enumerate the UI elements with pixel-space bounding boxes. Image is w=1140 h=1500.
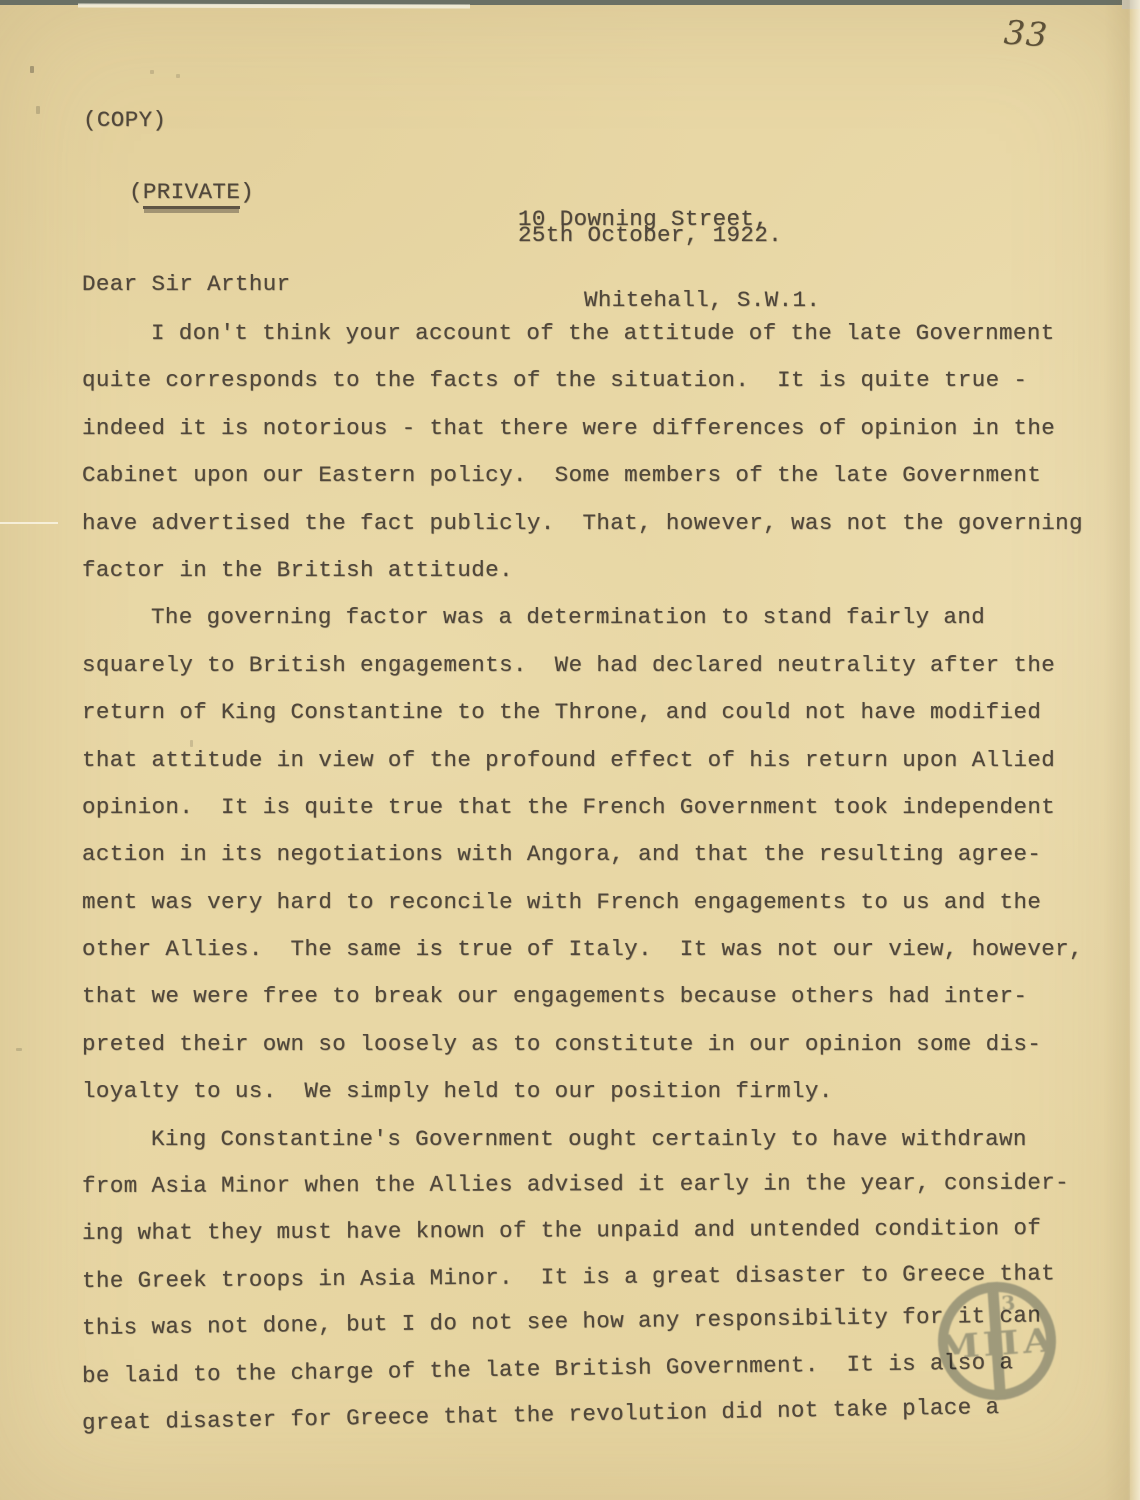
ink-speck	[30, 66, 34, 73]
letter-line: King Constantine's Government ought cert…	[82, 1116, 1128, 1163]
copy-label: (COPY)	[83, 107, 166, 133]
letter-line: opinion. It is quite true that the Frenc…	[82, 784, 1128, 831]
letter-line: Cabinet upon our Eastern policy. Some me…	[82, 452, 1128, 499]
page-number: 33	[1003, 13, 1050, 55]
letter-body: I don't think your account of the attitu…	[82, 310, 1128, 1447]
letter-line: that we were free to break our engagemen…	[82, 973, 1128, 1020]
archive-stamp: МПА 3	[934, 1278, 1060, 1404]
paper-right-edge	[1128, 0, 1140, 1500]
private-label: (PRIVATE)	[129, 179, 254, 205]
letter-line: preted their own so loosely as to consti…	[82, 1021, 1128, 1068]
letter-line: ing what they must have known of the unp…	[82, 1205, 1128, 1258]
ink-speck	[176, 74, 180, 78]
private-paren-open: (	[129, 179, 143, 205]
paper-crease	[0, 522, 58, 524]
letter-line: quite corresponds to the facts of the si…	[82, 357, 1128, 404]
private-word-underlined: PRIVATE	[143, 179, 240, 209]
letter-line: I don't think your account of the attitu…	[82, 310, 1128, 357]
ink-speck	[36, 106, 40, 114]
letter-line: have advertised the fact publicly. That,…	[82, 500, 1128, 547]
letter-line: indeed it is notorious - that there were…	[82, 405, 1128, 452]
letter-line: action in its negotiations with Angora, …	[82, 831, 1128, 878]
letter-line: loyalty to us. We simply held to our pos…	[82, 1068, 1128, 1115]
letter-line: squarely to British engagements. We had …	[82, 642, 1128, 689]
letter-line: from Asia Minor when the Allies advised …	[82, 1159, 1128, 1210]
letter-line: factor in the British attitude.	[82, 547, 1128, 594]
scanned-letter-page: 33 (COPY) (PRIVATE) 10 Downing Street, W…	[0, 0, 1140, 1500]
letter-line: that attitude in view of the profound ef…	[82, 737, 1128, 784]
letter-line: ment was very hard to reconcile with Fre…	[82, 879, 1128, 926]
letter-line: return of King Constantine to the Throne…	[82, 689, 1128, 736]
ink-speck	[150, 70, 154, 74]
private-paren-close: )	[240, 179, 254, 205]
ink-speck	[16, 1048, 22, 1051]
letter-date: 25th October, 1922.	[518, 222, 782, 248]
letter-line: The governing factor was a determination…	[82, 594, 1128, 641]
letter-line: other Allies. The same is true of Italy.…	[82, 926, 1128, 973]
scan-top-paper-sliver	[78, 3, 470, 8]
salutation: Dear Sir Arthur	[82, 271, 291, 297]
stamp-superscript: 3	[1001, 1291, 1017, 1316]
